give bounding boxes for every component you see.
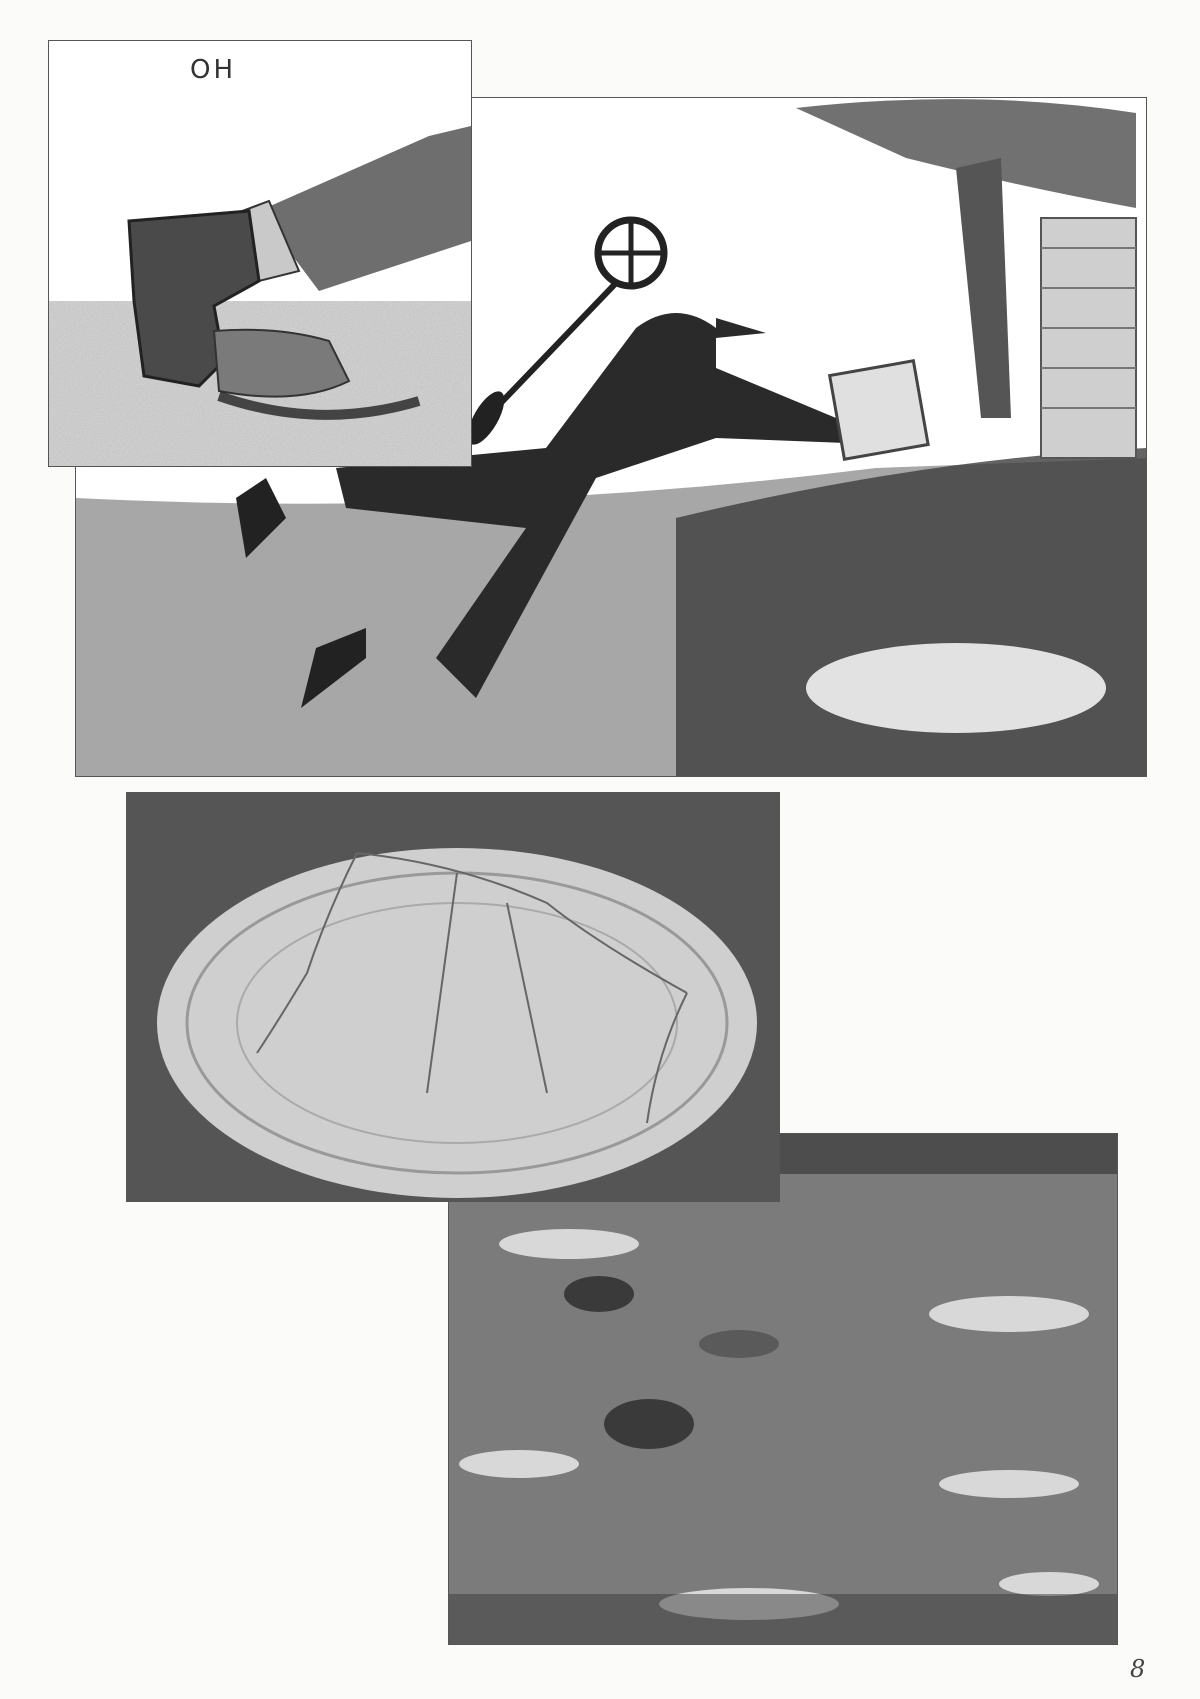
page-number: 8 — [1130, 1655, 1145, 1683]
panel-boot-rock — [48, 40, 472, 467]
panel-pebble-ground — [448, 1133, 1118, 1645]
sound-effect-text: OH — [190, 55, 236, 85]
boot-kicking-rock-drawing — [49, 41, 471, 466]
cracked-stone-drawing — [127, 793, 779, 1201]
pebble-ground-drawing — [449, 1134, 1117, 1644]
panel-cracked-stone — [126, 792, 780, 1202]
